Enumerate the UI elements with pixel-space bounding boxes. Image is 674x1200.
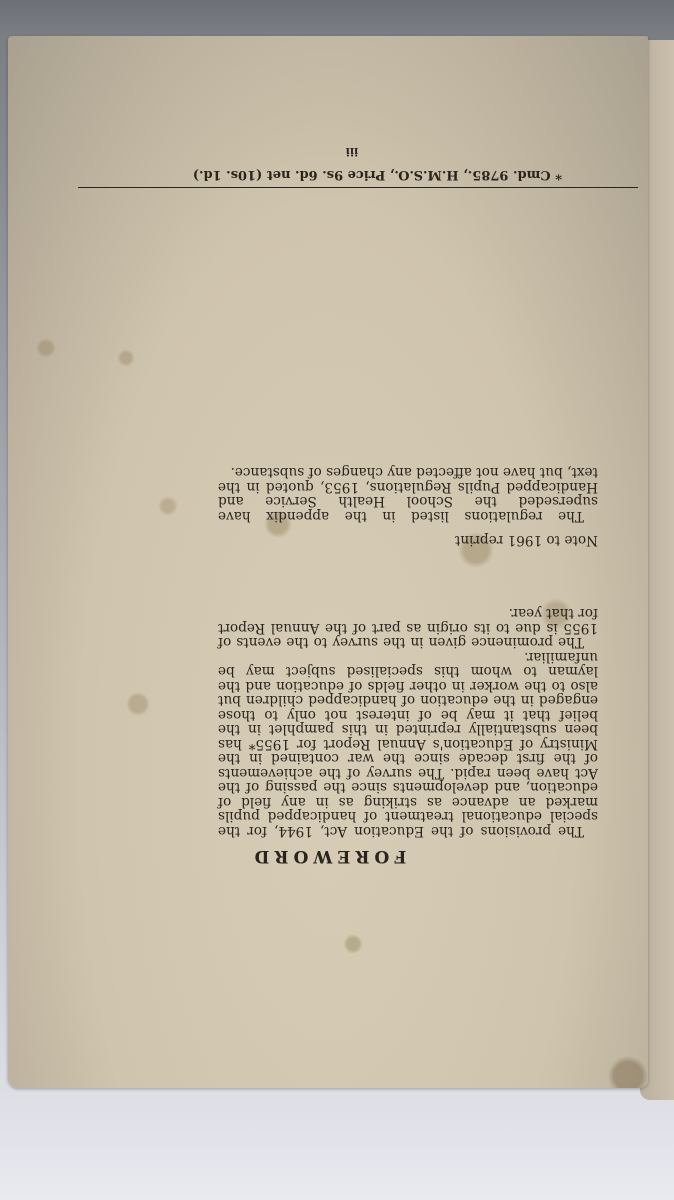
foreword-paragraph-2: The prominence given in the survey to th… <box>218 606 598 650</box>
foreword-body: The provisions of the Education Act, 194… <box>218 606 598 838</box>
foreword-paragraph-1: The provisions of the Education Act, 194… <box>218 650 598 839</box>
note-heading: Note to 1961 reprint <box>455 532 598 548</box>
reprint-note-text: The regulations listed in the appendix h… <box>218 465 598 523</box>
reprint-note: The regulations listed in the appendix h… <box>218 465 598 523</box>
footnote: * Cmd. 9785., H.M.S.O., Price 9s. 6d. ne… <box>193 167 562 182</box>
footnote-divider <box>78 187 638 188</box>
rotated-page-content: FOREWORD The provisions of the Education… <box>8 36 648 1088</box>
document-page: FOREWORD The provisions of the Education… <box>8 36 648 1088</box>
page-title: FOREWORD <box>8 846 648 866</box>
page-number: iii <box>32 145 648 158</box>
